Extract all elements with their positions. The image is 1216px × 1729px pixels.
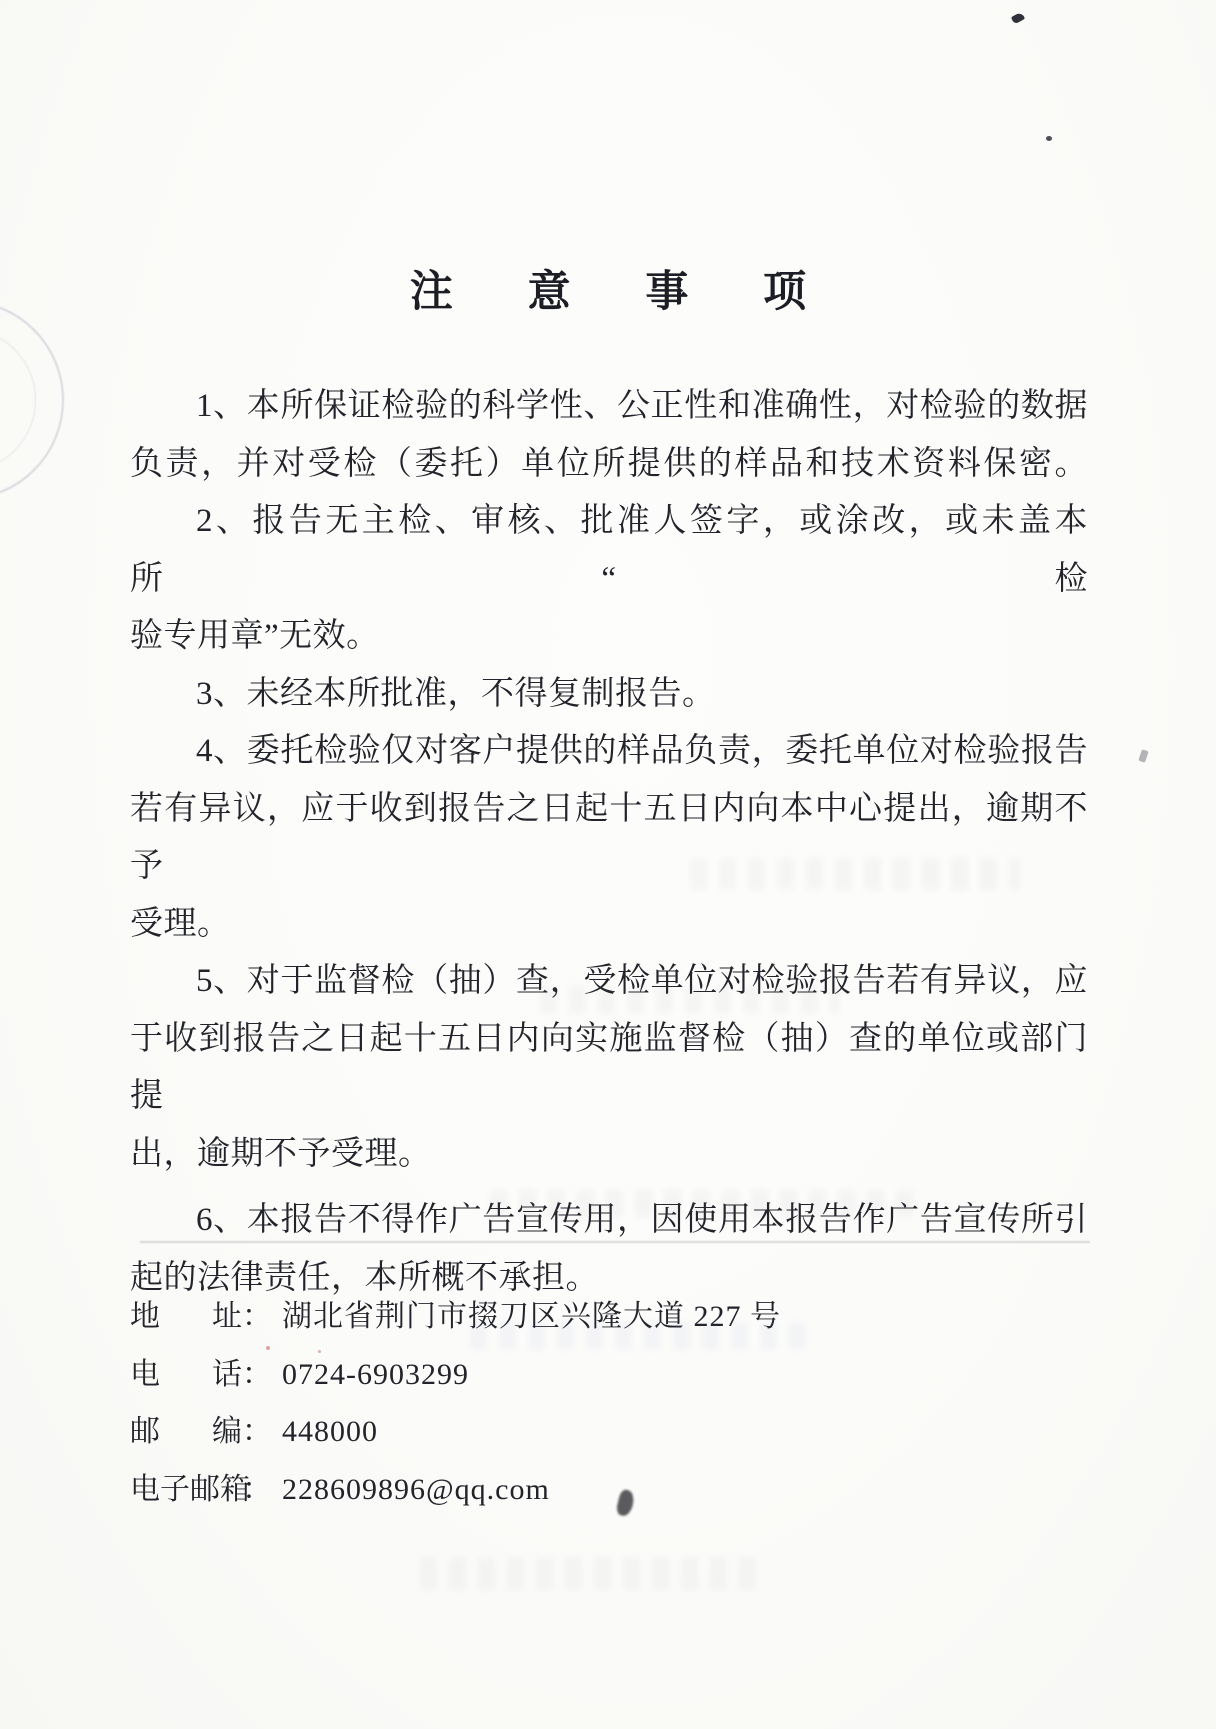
bleedthrough-mark xyxy=(470,1322,810,1350)
contact-label-char: 编 xyxy=(212,1403,242,1461)
contact-label-char: 邮 xyxy=(130,1403,160,1461)
faint-stamp-arc xyxy=(0,300,64,500)
bleedthrough-mark xyxy=(690,858,1020,890)
notice-line-5: 3、未经本所批准，不得复制报告。 xyxy=(130,666,1088,724)
contact-colon: ： xyxy=(242,1461,272,1519)
contact-label-char: 子 xyxy=(160,1461,190,1519)
contact-colon: ： xyxy=(242,1346,272,1404)
notice-line-8: 受理。 xyxy=(130,896,1088,954)
bleedthrough-mark xyxy=(490,1190,920,1217)
contact-value-email: 228609896@qq.com xyxy=(282,1461,550,1519)
scan-speck xyxy=(1046,136,1052,141)
contact-label-char: 地 xyxy=(130,1288,160,1346)
page-title: 注 意 事 项 xyxy=(0,258,1216,319)
notice-body: 1、本所保证检验的科学性、公正性和准确性，对检验的数据 负责，并对受检（委托）单… xyxy=(130,378,1088,1307)
fold-line xyxy=(140,1241,1090,1243)
contact-label-char: 电 xyxy=(130,1461,160,1519)
contact-label-char: 址 xyxy=(212,1288,242,1346)
contact-value-phone: 0724-6903299 xyxy=(282,1346,469,1404)
contact-label-char: 话 xyxy=(212,1346,242,1404)
scan-speck xyxy=(1011,12,1025,25)
contact-label-postcode: 邮 编 xyxy=(130,1403,242,1461)
red-speck xyxy=(318,1350,321,1353)
contact-colon: ： xyxy=(242,1403,272,1461)
faint-stamp-inner-ring xyxy=(0,328,36,472)
bleedthrough-mark xyxy=(420,1558,760,1590)
scanned-notice-page: 注 意 事 项 1、本所保证检验的科学性、公正性和准确性，对检验的数据 负责，并… xyxy=(0,0,1216,1729)
contact-label-email: 电 子 邮 箱 xyxy=(130,1461,242,1519)
contact-label-address: 地 址 xyxy=(130,1288,242,1346)
notice-line-11: 出，逾期不予受理。 xyxy=(130,1126,1088,1184)
notice-line-6: 4、委托检验仅对客户提供的样品负责，委托单位对检验报告 xyxy=(130,723,1088,781)
scan-speck xyxy=(1138,749,1148,763)
red-speck xyxy=(266,1346,270,1350)
notice-line-3: 2、报告无主检、审核、批准人签字，或涂改，或未盖本所“检 xyxy=(130,493,1088,608)
contact-label-phone: 电 话 xyxy=(130,1346,242,1404)
contact-colon: ： xyxy=(242,1288,272,1346)
contact-label-char: 邮 xyxy=(190,1461,220,1519)
notice-line-1: 1、本所保证检验的科学性、公正性和准确性，对检验的数据 xyxy=(130,378,1088,436)
contact-row-email: 电 子 邮 箱 ： 228609896@qq.com xyxy=(130,1461,1030,1519)
notice-line-10: 于收到报告之日起十五日内向实施监督检（抽）查的单位或部门提 xyxy=(130,1011,1088,1126)
contact-row-postcode: 邮 编 ： 448000 xyxy=(130,1403,1030,1461)
contact-label-char: 电 xyxy=(130,1346,160,1404)
contact-row-phone: 电 话 ： 0724-6903299 xyxy=(130,1346,1030,1404)
contact-value-postcode: 448000 xyxy=(282,1403,378,1461)
bleedthrough-mark xyxy=(540,986,840,1014)
notice-line-4: 验专用章”无效。 xyxy=(130,608,1088,666)
notice-line-2: 负责，并对受检（委托）单位所提供的样品和技术资料保密。 xyxy=(130,436,1088,494)
